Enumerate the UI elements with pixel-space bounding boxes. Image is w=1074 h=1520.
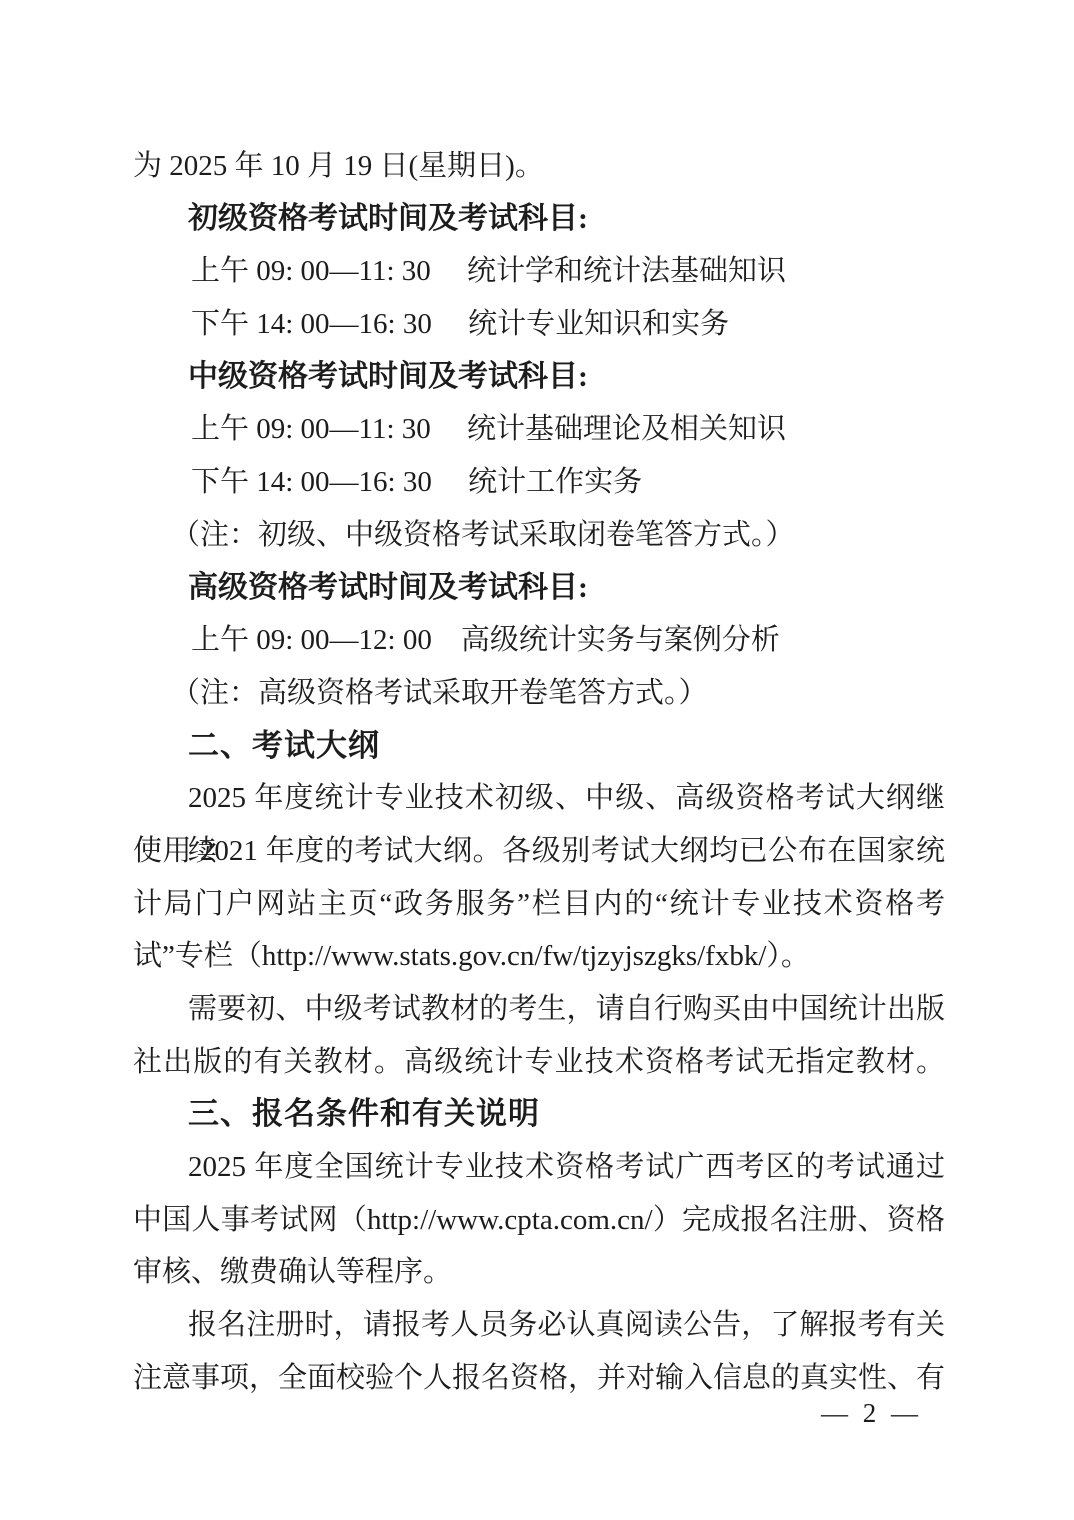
subheading-intermediate-exam-schedule: 中级资格考试时间及考试科目: [188,351,945,404]
intermediate-exam-morning-row: 上午 09: 00—11: 30 统计基础理论及相关知识 [191,403,945,456]
registration-paragraph-line: 2025 年度全国统计专业技术资格考试广西考区的考试通过 [188,1141,945,1194]
senior-exam-morning-row: 上午 09: 00—12: 00 高级统计实务与案例分析 [191,614,945,667]
syllabus-paragraph-line: 2025 年度统计专业技术初级、中级、高级资格考试大纲继续 [188,772,945,825]
continuation-text-line: 为 2025 年 10 月 19 日(星期日)。 [133,140,945,193]
junior-exam-afternoon-row: 下午 14: 00—16: 30 统计专业知识和实务 [191,298,945,351]
page-number: — 2 — [821,1398,922,1429]
section-heading-registration: 三、报名条件和有关说明 [188,1088,945,1141]
syllabus-paragraph-line: 使用 2021 年度的考试大纲。各级别考试大纲均已公布在国家统 [133,825,945,878]
registration-notice-paragraph-line: 注意事项，全面校验个人报名资格，并对输入信息的真实性、有 [133,1352,945,1405]
registration-paragraph-line-url: 中国人事考试网（http://www.cpta.com.cn/）完成报名注册、资… [133,1194,945,1247]
textbook-paragraph-line: 社出版的有关教材。高级统计专业技术资格考试无指定教材。 [133,1036,945,1089]
syllabus-paragraph-line: 计局门户网站主页“政务服务”栏目内的“统计专业技术资格考 [133,878,945,931]
registration-paragraph-line: 审核、缴费确认等程序。 [133,1246,945,1299]
subheading-junior-exam-schedule: 初级资格考试时间及考试科目: [188,193,945,246]
subheading-senior-exam-schedule: 高级资格考试时间及考试科目: [188,562,945,615]
intermediate-exam-afternoon-row: 下午 14: 00—16: 30 统计工作实务 [191,456,945,509]
registration-notice-paragraph-line: 报名注册时，请报考人员务必认真阅读公告，了解报考有关 [188,1299,945,1352]
document-content: 为 2025 年 10 月 19 日(星期日)。 初级资格考试时间及考试科目: … [133,140,945,1405]
note-open-book: （注：高级资格考试采取开卷笔答方式。） [171,667,945,720]
textbook-paragraph-line: 需要初、中级考试教材的考生，请自行购买由中国统计出版 [188,983,945,1036]
syllabus-paragraph-line-url: 试”专栏（http://www.stats.gov.cn/fw/tjzyjszg… [133,930,945,983]
note-closed-book: （注：初级、中级资格考试采取闭卷笔答方式。） [171,509,945,562]
section-heading-exam-syllabus: 二、考试大纲 [188,720,945,773]
junior-exam-morning-row: 上午 09: 00—11: 30 统计学和统计法基础知识 [191,245,945,298]
document-page: 为 2025 年 10 月 19 日(星期日)。 初级资格考试时间及考试科目: … [0,0,1074,1520]
